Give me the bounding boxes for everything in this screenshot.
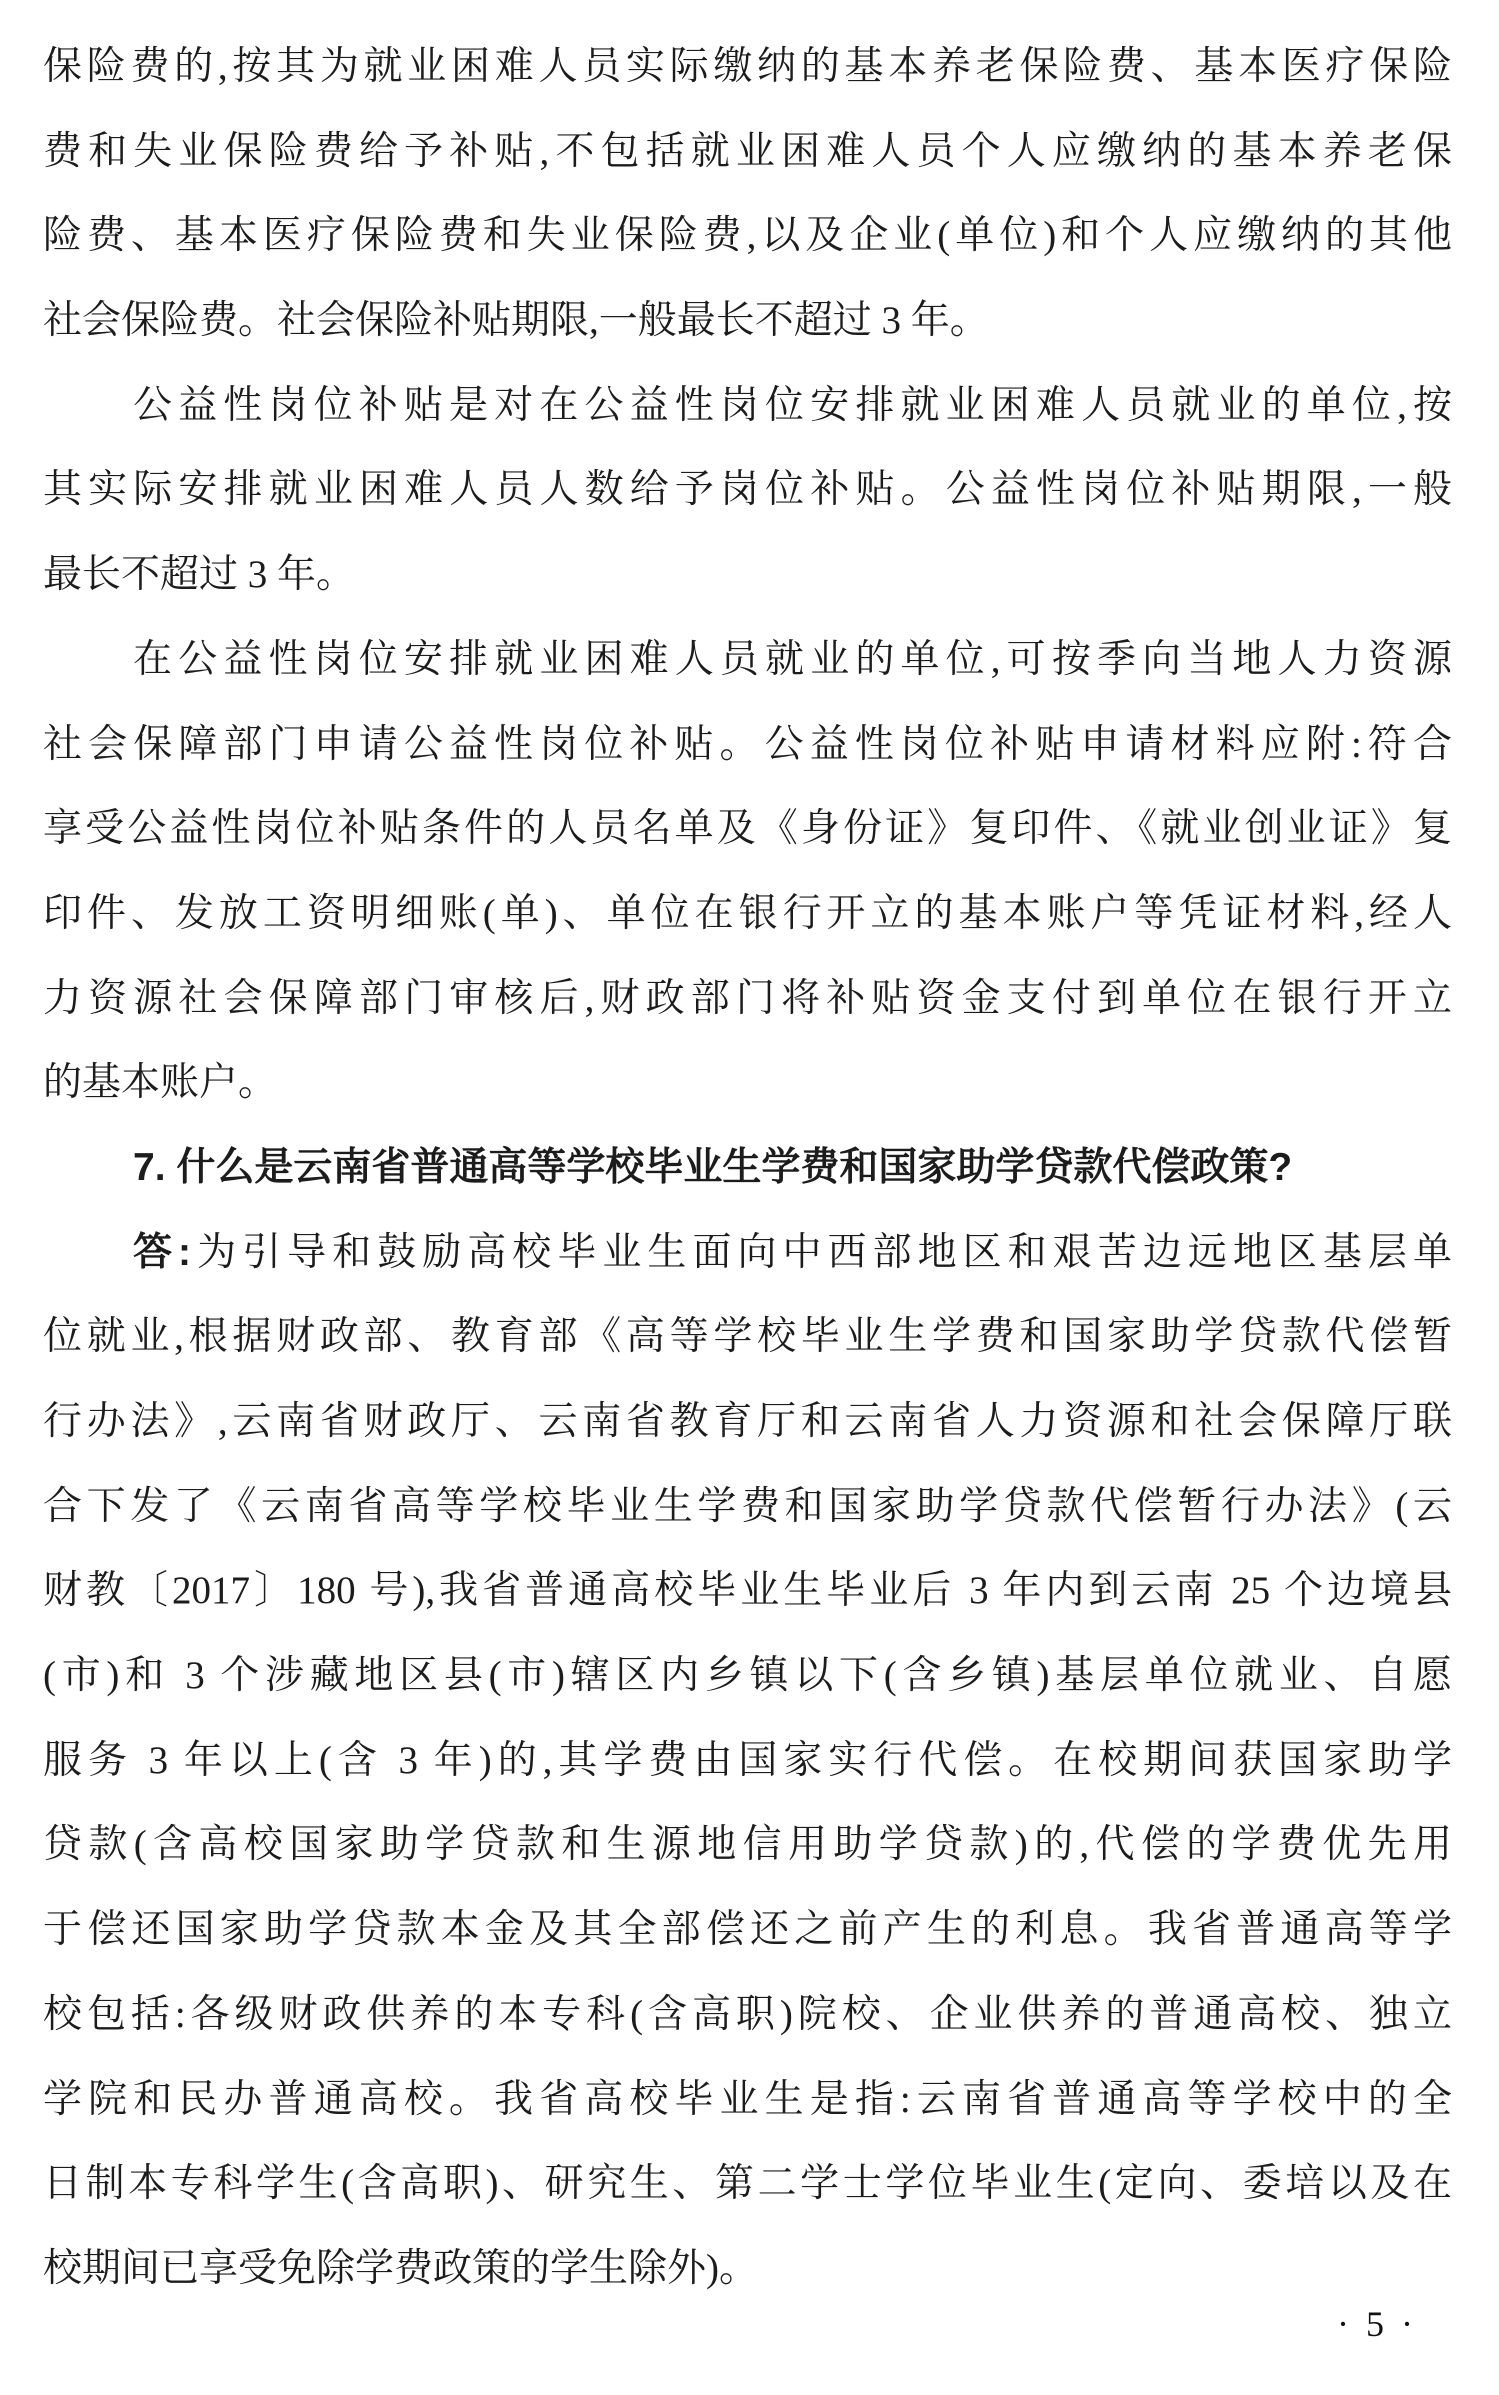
text-line: 费和失业保险费给予补贴,不包括就业困难人员个人应缴纳的基本养老保 [43,110,1452,195]
text-line: 校包括:各级财政供养的本专科(含高职)院校、企业供养的普通高校、独立 [43,1973,1452,2058]
text-line: 社会保险费。社会保险补贴期限,一般最长不超过 3 年。 [43,279,1452,364]
text-line: 在公益性岗位安排就业困难人员就业的单位,可按季向当地人力资源 [43,618,1452,703]
text-line: 贷款(含高校国家助学贷款和生源地信用助学贷款)的,代偿的学费优先用 [43,1803,1452,1888]
text-line: 于偿还国家助学贷款本金及其全部偿还之前产生的利息。我省普通高等学 [43,1888,1452,1973]
question-heading: 7. 什么是云南省普通高等学校毕业生学费和国家助学贷款代偿政策? [43,1126,1452,1211]
document-page: 保险费的,按其为就业困难人员实际缴纳的基本养老保险费、基本医疗保险费和失业保险费… [0,0,1499,2395]
text-line: 合下发了《云南省高等学校毕业生学费和国家助学贷款代偿暂行办法》(云 [43,1465,1452,1550]
text-line: 力资源社会保障部门审核后,财政部门将补贴资金支付到单位在银行开立 [43,957,1452,1042]
text-line: 享受公益性岗位补贴条件的人员名单及《身份证》复印件、《就业创业证》复 [43,787,1452,872]
page-number: · 5 · [1337,2300,1417,2348]
paragraph: 公益性岗位补贴是对在公益性岗位安排就业困难人员就业的单位,按其实际安排就业困难人… [43,364,1452,618]
text-line: 服务 3 年以上(含 3 年)的,其学费由国家实行代偿。在校期间获国家助学 [43,1719,1452,1804]
text-line: 险费、基本医疗保险费和失业保险费,以及企业(单位)和个人应缴纳的其他 [43,194,1452,279]
text-line: 位就业,根据财政部、教育部《高等学校毕业生学费和国家助学贷款代偿暂 [43,1295,1452,1380]
paragraph: 答:为引导和鼓励高校毕业生面向中西部地区和艰苦边远地区基层单位就业,根据财政部、… [43,1211,1452,2312]
answer-label: 答: [133,1231,191,1274]
document-body: 保险费的,按其为就业困难人员实际缴纳的基本养老保险费、基本医疗保险费和失业保险费… [43,25,1452,2312]
text-line: 印件、发放工资明细账(单)、单位在银行开立的基本账户等凭证材料,经人 [43,872,1452,957]
text-line: 行办法》,云南省财政厅、云南省教育厅和云南省人力资源和社会保障厅联 [43,1380,1452,1465]
text-line: 7. 什么是云南省普通高等学校毕业生学费和国家助学贷款代偿政策? [43,1126,1452,1211]
text-line: (市)和 3 个涉藏地区县(市)辖区内乡镇以下(含乡镇)基层单位就业、自愿 [43,1634,1452,1719]
paragraph: 在公益性岗位安排就业困难人员就业的单位,可按季向当地人力资源社会保障部门申请公益… [43,618,1452,1126]
text-line: 保险费的,按其为就业困难人员实际缴纳的基本养老保险费、基本医疗保险 [43,25,1452,110]
text-line: 校期间已享受免除学费政策的学生除外)。 [43,2227,1452,2312]
paragraph: 保险费的,按其为就业困难人员实际缴纳的基本养老保险费、基本医疗保险费和失业保险费… [43,25,1452,364]
text-line: 学院和民办普通高校。我省高校毕业生是指:云南省普通高等学校中的全 [43,2058,1452,2143]
text-line: 公益性岗位补贴是对在公益性岗位安排就业困难人员就业的单位,按 [43,364,1452,449]
text-line: 的基本账户。 [43,1041,1452,1126]
text-line: 答:为引导和鼓励高校毕业生面向中西部地区和艰苦边远地区基层单 [43,1211,1452,1296]
text-line: 社会保障部门申请公益性岗位补贴。公益性岗位补贴申请材料应附:符合 [43,703,1452,788]
text-line: 最长不超过 3 年。 [43,533,1452,618]
text-line: 财教〔2017〕180 号),我省普通高校毕业生毕业后 3 年内到云南 25 个… [43,1549,1452,1634]
text-line: 其实际安排就业困难人员人数给予岗位补贴。公益性岗位补贴期限,一般 [43,448,1452,533]
text-line: 日制本专科学生(含高职)、研究生、第二学士学位毕业生(定向、委培以及在 [43,2142,1452,2227]
